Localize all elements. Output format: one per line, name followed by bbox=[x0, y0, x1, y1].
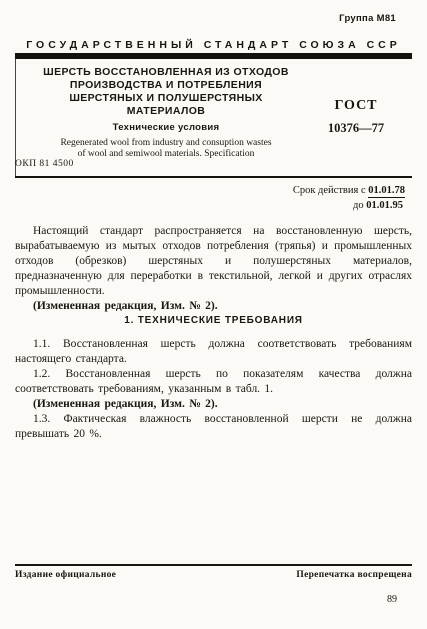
intro-amendment-note: (Измененная редакция, Изм. № 2). bbox=[15, 299, 412, 314]
standard-header-title: ГОСУДАРСТВЕННЫЙ СТАНДАРТ СОЮЗА ССР bbox=[15, 39, 412, 51]
title-line-2: ПРОИЗВОДСТВА И ПОТРЕБЛЕНИЯ bbox=[28, 79, 304, 92]
group-label: Группа М81 bbox=[339, 13, 396, 24]
footer-official-edition: Издание официальное bbox=[15, 570, 116, 580]
title-line-4: МАТЕРИАЛОВ bbox=[28, 105, 304, 118]
title-english: Regenerated wool from industry and consu… bbox=[28, 138, 304, 160]
title-line-1: ШЕРСТЬ ВОССТАНОВЛЕННАЯ ИЗ ОТХОДОВ bbox=[28, 66, 304, 79]
title-english-line-1: Regenerated wool from industry and consu… bbox=[28, 138, 304, 149]
validity-from-label: Срок действия с bbox=[293, 185, 366, 196]
gost-designation-block: ГОСТ 10376—77 bbox=[302, 98, 410, 136]
gost-label: ГОСТ bbox=[302, 98, 410, 114]
intro-section: Настоящий стандарт распространяется на в… bbox=[15, 224, 412, 314]
validity-to-date: 01.01.95 bbox=[366, 200, 403, 211]
intro-paragraph: Настоящий стандарт распространяется на в… bbox=[15, 224, 412, 299]
gost-number: 10376—77 bbox=[302, 121, 410, 136]
document-page: Группа М81 ГОСУДАРСТВЕННЫЙ СТАНДАРТ СОЮЗ… bbox=[0, 0, 427, 629]
footer-reprint-notice: Перепечатка воспрещена bbox=[296, 570, 412, 580]
title-block-bottom-rule bbox=[15, 176, 412, 178]
clause-1-1: 1.1. Восстановленная шерсть должна соотв… bbox=[15, 337, 412, 367]
header-thick-bar bbox=[15, 53, 412, 59]
clause-amendment-note: (Измененная редакция, Изм. № 2). bbox=[15, 397, 412, 412]
title-block: ШЕРСТЬ ВОССТАНОВЛЕННАЯ ИЗ ОТХОДОВ ПРОИЗВ… bbox=[28, 66, 304, 160]
clause-1-3: 1.3. Фактическая влажность восстановленн… bbox=[15, 412, 412, 442]
technical-requirements-section: 1.1. Восстановленная шерсть должна соотв… bbox=[15, 337, 412, 442]
section-heading: 1. ТЕХНИЧЕСКИЕ ТРЕБОВАНИЯ bbox=[15, 315, 412, 326]
validity-period: Срок действия с 01.01.78 до 01.01.95 bbox=[293, 184, 405, 212]
title-subtitle: Технические условия bbox=[28, 122, 304, 133]
validity-from-line: Срок действия с 01.01.78 bbox=[293, 184, 405, 197]
footer: Издание официальное Перепечатка воспреще… bbox=[15, 570, 412, 580]
title-line-3: ШЕРСТЯНЫХ И ПОЛУШЕРСТЯНЫХ bbox=[28, 92, 304, 105]
page-number: 89 bbox=[387, 594, 397, 605]
clause-1-2: 1.2. Восстановленная шерсть по показател… bbox=[15, 367, 412, 397]
validity-to-label: до bbox=[353, 200, 364, 211]
validity-from-date: 01.01.78 bbox=[368, 185, 405, 198]
footer-rule bbox=[15, 564, 412, 566]
validity-to-line: до 01.01.95 bbox=[293, 199, 405, 212]
okp-code: ОКП 81 4500 bbox=[15, 159, 74, 169]
